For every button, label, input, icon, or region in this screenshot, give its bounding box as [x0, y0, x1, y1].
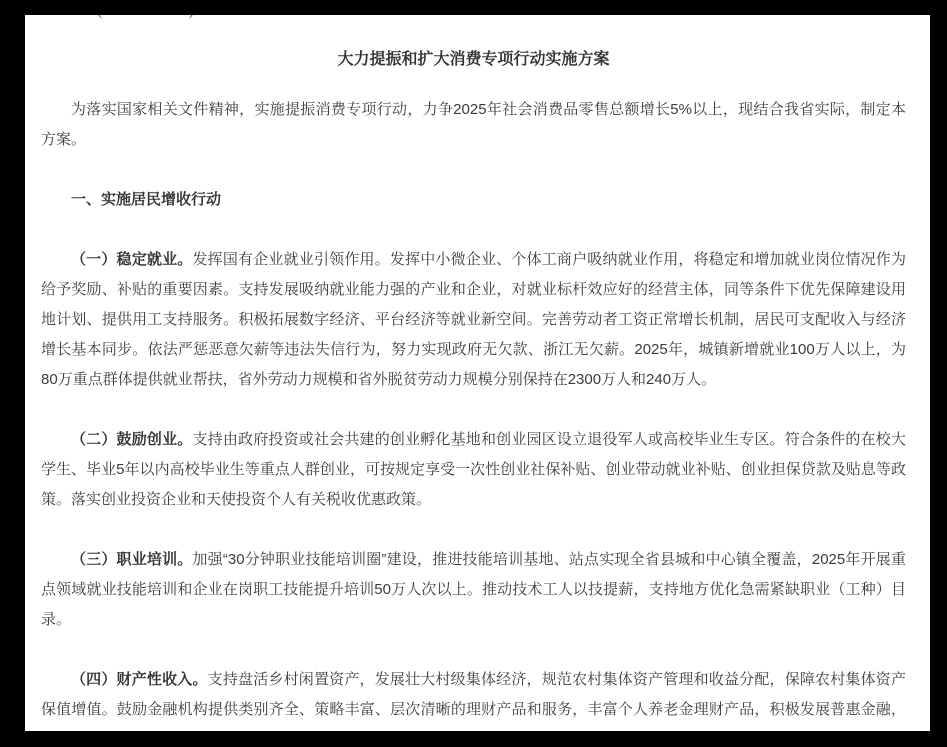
intro-paragraph: 为落实国家相关文件精神，实施提振消费专项行动，力争2025年社会消费品零售总额增… [41, 95, 906, 155]
section-heading-income-action: 一、实施居民增收行动 [41, 185, 906, 215]
paragraph-text: 发挥国有企业就业引领作用。发挥中小微企业、个体工商户吸纳就业作用，将稳定和增加就… [41, 251, 906, 388]
document-content: 大力提振和扩大消费专项行动实施方案 为落实国家相关文件精神，实施提振消费专项行动… [25, 15, 930, 731]
paragraph-label: （一）稳定就业。 [71, 251, 192, 268]
paragraph-encourage-entrepreneurship: （二）鼓励创业。支持由政府投资或社会共建的创业孵化基地和创业园区设立退役军人或高… [41, 425, 906, 515]
paragraph-label: （三）职业培训。 [71, 551, 193, 568]
paragraph-vocational-training: （三）职业培训。加强“30分钟职业技能培训圈”建设，推进技能培训基地、站点实现全… [41, 545, 906, 635]
paragraph-label: （四）财产性收入。 [71, 671, 208, 688]
paragraph-property-income: （四）财产性收入。支持盘活乡村闲置资产，发展壮大村级集体经济，规范农村集体资产管… [41, 665, 906, 731]
document-title: 大力提振和扩大消费专项行动实施方案 [41, 45, 906, 75]
paragraph-label: （二）鼓励创业。 [71, 431, 192, 448]
document-page: （ ） 大力提振和扩大消费专项行动实施方案 为落实国家相关文件精神，实施提振消费… [25, 15, 930, 731]
paragraph-stable-employment: （一）稳定就业。发挥国有企业就业引领作用。发挥中小微企业、个体工商户吸纳就业作用… [41, 245, 906, 395]
